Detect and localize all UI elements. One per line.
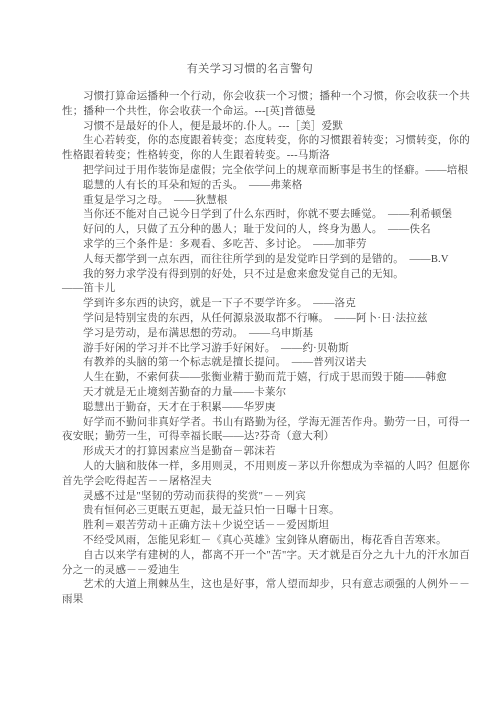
quote-paragraph: 天才就是无止境刻苦勤奋的力量——卡莱尔 xyxy=(62,386,470,401)
quote-paragraph: 胜利＝艰苦劳动＋正确方法＋少说空话－－爱因斯坦 xyxy=(62,519,470,534)
quote-paragraph: 灵感不过是"坚韧的劳动而获得的奖赏"－－列宾 xyxy=(62,490,470,505)
quote-paragraph: 形成天才的打算因素应当是勤奋－郭沫若 xyxy=(62,445,470,460)
quote-paragraph: 有教养的头脑的第一个标志就是擅长提问。 ——普列汉诺夫 xyxy=(62,356,470,371)
quote-paragraph: 艺术的大道上荆棘丛生，这也是好事，常人望而却步，只有意志顽强的人例外－－雨果 xyxy=(62,578,470,608)
quote-paragraph: 求学的三个条件是：多观看、多吃苦、多讨论。 ——加菲劳 xyxy=(62,238,470,253)
quote-paragraph: 我的努力求学没有得到别的好处，只不过是愈来愈发觉自己的无知。 ——笛卡儿 xyxy=(62,268,470,298)
quote-paragraph: 习惯不是最好的仆人，便是最坏的.仆人。---［美］爱默 xyxy=(62,120,470,135)
quote-paragraph: 人生在勤，不索何获——张衡业精于勤而荒于嬉，行成于思而毁于随——韩愈 xyxy=(62,371,470,386)
quote-paragraph: 聪慧的人有长的耳朵和短的舌头。 ——弗莱格 xyxy=(62,179,470,194)
quote-paragraph: 好问的人，只做了五分种的愚人；耻于发问的人，终身为愚人。 ——佚名 xyxy=(62,223,470,238)
quote-paragraph: 习惯打算命运播种一个行动，你会收获一个习惯；播种一个习惯，你会收获一个共性；播种… xyxy=(62,90,470,120)
quote-paragraph: 把学问过于用作装饰是虚假；完全依学问上的规章而断事是书生的怪癖。——培根 xyxy=(62,164,470,179)
page-title: 有关学习习惯的名言警句 xyxy=(0,61,500,78)
quote-paragraph: 人的大脑和肢体一样，多用则灵，不用则废－茅以升你想成为幸福的人吗？但愿你首先学会… xyxy=(62,460,470,490)
quote-paragraph: 贵有恒何必三更眠五更起，最无益只怕一日曝十日寒。 xyxy=(62,504,470,519)
quote-paragraph: 自古以来学有建树的人，都离不开一个"苦"字。天才就是百分之九十九的汗水加百分之一… xyxy=(62,549,470,579)
quote-paragraph: 不经受风雨，怎能见彩虹－《真心英雄》宝剑锋从磨砺出，梅花香自苦寒来。 xyxy=(62,534,470,549)
quote-paragraph: 学习是劳动，是布满思想的劳动。 ——乌申斯基 xyxy=(62,327,470,342)
quote-paragraph: 当你还不能对自己说今日学到了什么东西时，你就不要去睡觉。 ——利希顿堡 xyxy=(62,208,470,223)
quote-paragraph: 学到许多东西的诀窍，就是一下子不要学许多。 ——洛克 xyxy=(62,297,470,312)
quote-paragraph: 好学而不勤问非真好学者。书山有路勤为径，学海无涯苦作舟。勤劳一日，可得一夜安眠；… xyxy=(62,416,470,446)
quote-paragraph: 生心若转变，你的态度跟着转变；态度转变，你的习惯跟着转变；习惯转变，你的性格跟着… xyxy=(62,134,470,164)
quote-paragraph: 聪慧出于勤奋，天才在于积累——华罗庚 xyxy=(62,401,470,416)
quote-paragraph: 人每天都学到一点东西，而往往所学到的是发觉昨日学到的是错的。 ——B.V xyxy=(62,253,470,268)
quote-paragraph: 重复是学习之母。 ——狄慧根 xyxy=(62,194,470,209)
document-page: 有关学习习惯的名言警句 习惯打算命运播种一个行动，你会收获一个习惯；播种一个习惯… xyxy=(0,0,500,707)
quote-paragraph: 学问是特别宝贵的东西，从任何源泉汲取都不行嘛。 ——阿卜·日·法拉兹 xyxy=(62,312,470,327)
quote-paragraph: 游手好闲的学习并不比学习游手好闲好。 ——约·贝勒斯 xyxy=(62,342,470,357)
quotes-list: 习惯打算命运播种一个行动，你会收获一个习惯；播种一个习惯，你会收获一个共性；播种… xyxy=(62,90,470,608)
